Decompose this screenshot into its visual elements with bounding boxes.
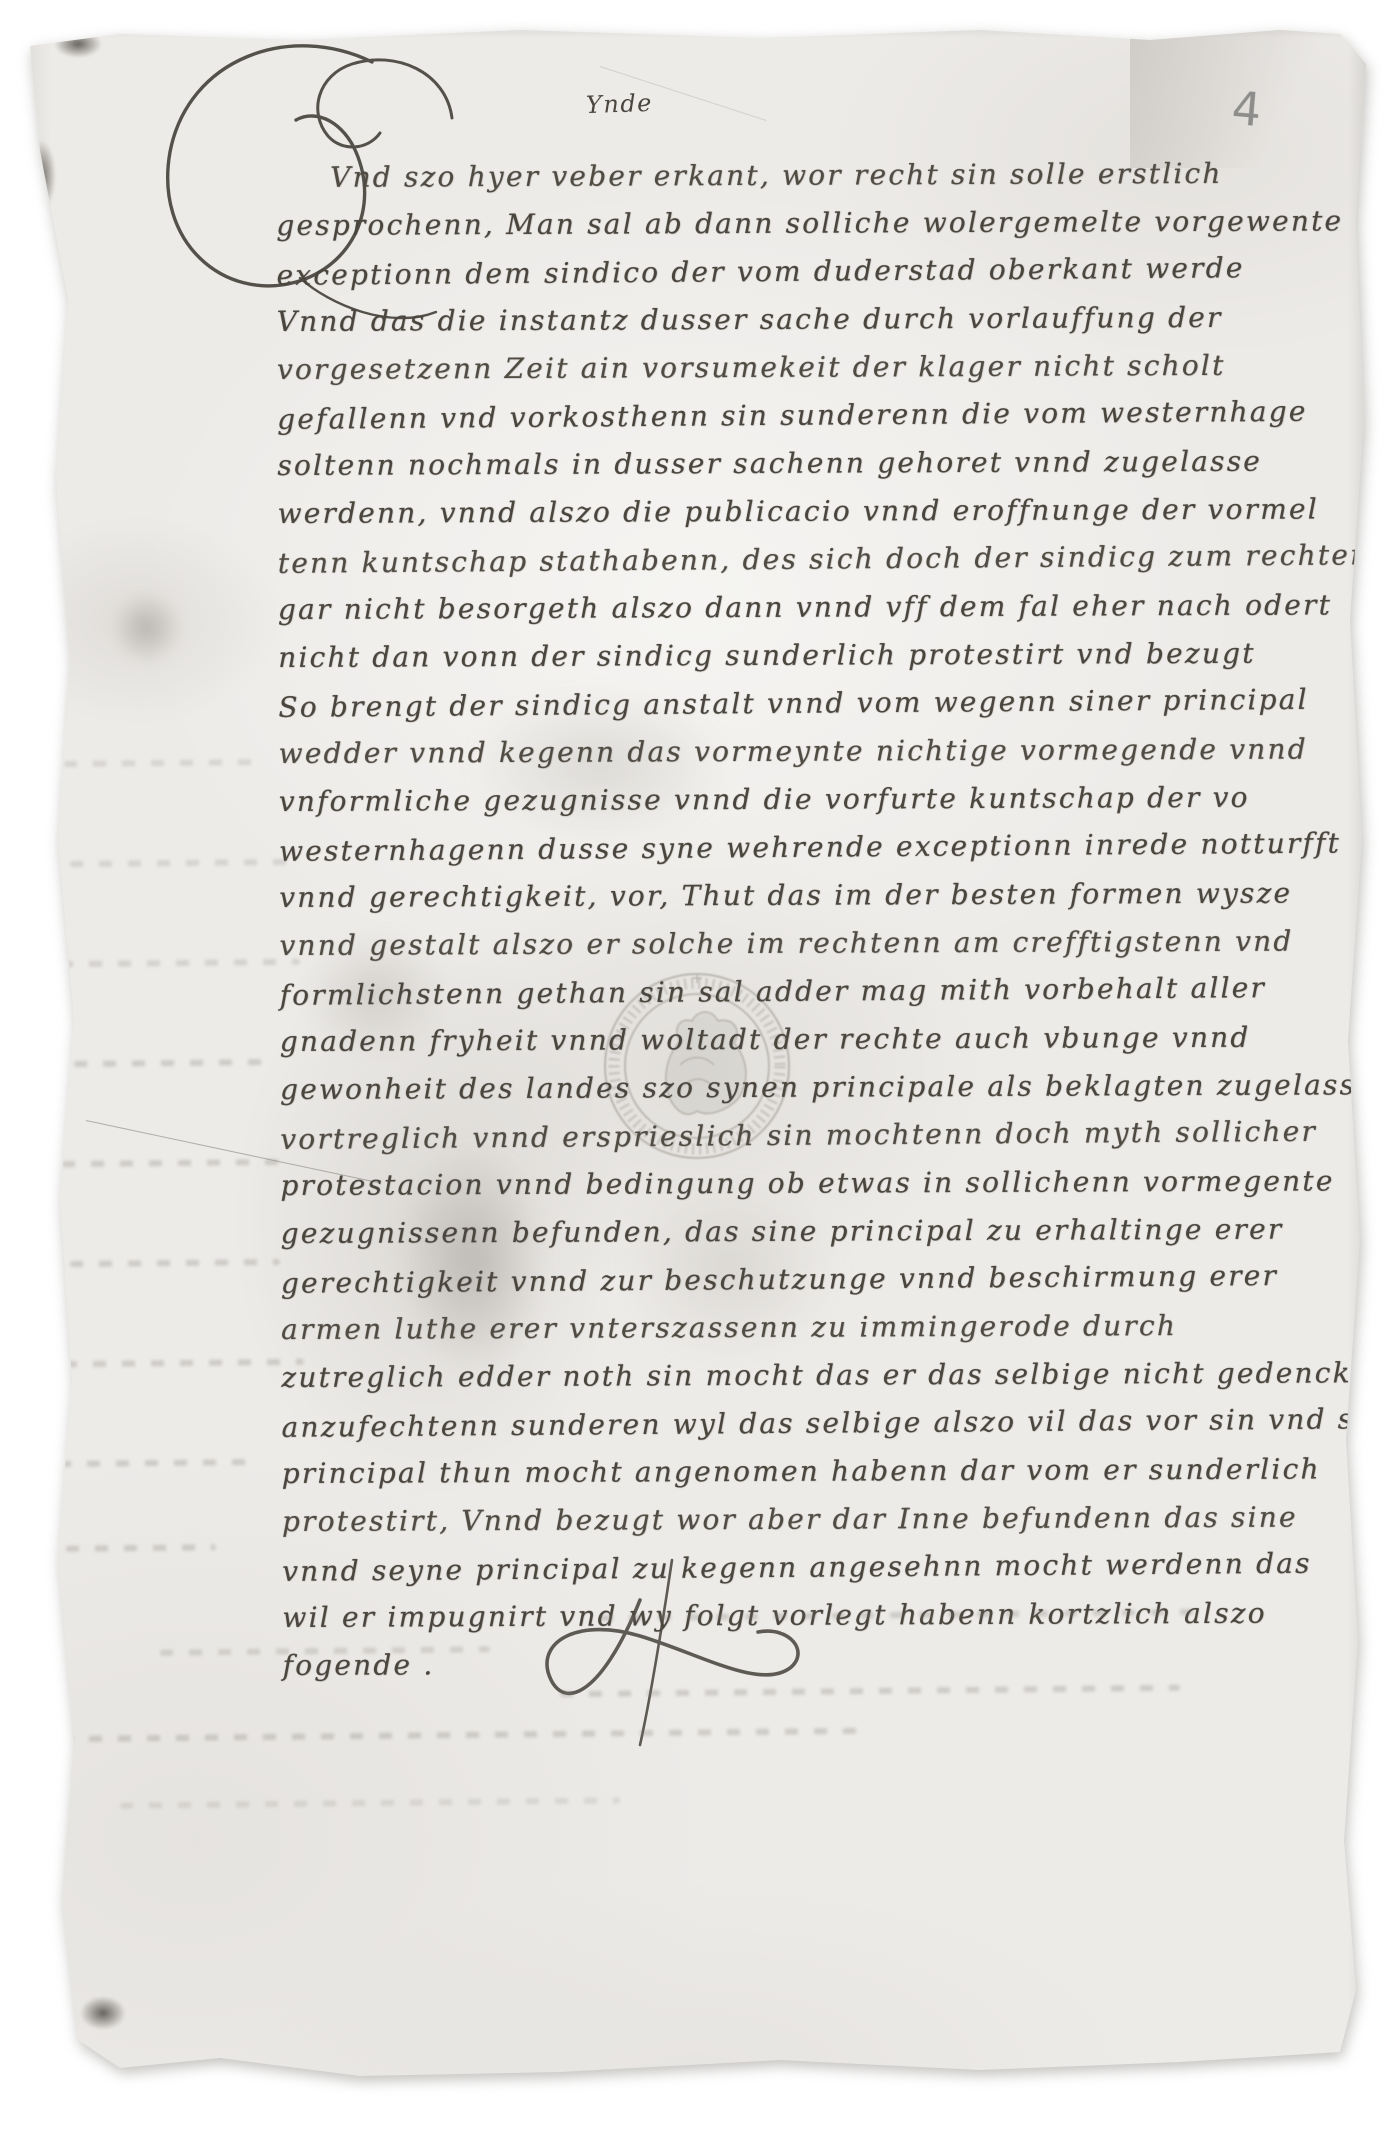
manuscript-line: Vnnd das die instantz dusser sache durch… [277,293,1335,346]
manuscript-line: gefallenn vnd vorkosthenn sin sunderenn … [277,388,1335,444]
bleedthrough-row [58,1459,258,1467]
manuscript-line: vortreglich vnnd ersprieslich sin mochte… [280,1108,1338,1164]
manuscript-line: exceptionn dem sindico der vom duderstad… [276,244,1334,300]
torn-edge-mark [32,1000,52,1052]
manuscript-line: principal thun mocht angenomen habenn da… [282,1445,1340,1498]
manuscript-line: gnadenn fryheit vnnd woltadt der rechte … [280,1013,1338,1066]
page-number: 4 [1230,81,1264,137]
manuscript-line: armen luthe erer vnterszassenn zu imming… [281,1301,1339,1354]
scan-background: 4 Ynde Vnd szo hyer veber erkant, wor re… [0,0,1382,2139]
manuscript-line: gar nicht besorgeth alszo dann vnnd vff … [278,581,1336,634]
torn-edge-mark [36,300,54,346]
manuscript-line: gewonheit des landes szo synen principal… [280,1061,1338,1114]
manuscript-line: zutreglich edder noth sin mocht das er d… [281,1349,1339,1402]
manuscript-line: tenn kuntschap stathabenn, des sich doch… [278,532,1336,588]
bleedthrough-row [60,959,300,968]
manuscript-line: Vnd szo hyer veber erkant, wor recht sin… [276,149,1334,202]
manuscript-line: wedder vnnd kegenn das vormeynte nichtig… [279,725,1337,778]
manuscript-line: soltenn nochmals in dusser sachenn gehor… [277,437,1335,490]
manuscript-line: gesprochenn, Man sal ab dann solliche wo… [276,197,1334,250]
bleedthrough-row [70,1259,280,1267]
bleedthrough-row [74,1059,274,1067]
manuscript-line: vnnd seyne principal zu kegenn angesehnn… [282,1540,1340,1596]
manuscript-line: werdenn, vnnd alszo die publicacio vnnd … [277,485,1335,538]
torn-edge-mark [26,140,56,212]
torn-edge-mark [40,1830,60,1880]
torn-edge-mark [28,1290,52,1352]
manuscript-line: vnnd gestalt alszo er solche im rechtenn… [279,917,1337,970]
manuscript-line: gezugnissenn befunden, das sine principa… [281,1205,1339,1258]
manuscript-line: nicht dan vonn der sindicg sunderlich pr… [278,629,1336,682]
torn-edge-mark [30,430,52,490]
manuscript-line: formlichstenn gethan sin sal adder mag m… [279,964,1337,1020]
bleedthrough-row [66,1544,216,1552]
torn-edge-mark [80,1996,126,2030]
manuscript-line: vorgesetzenn Zeit ain vorsumekeit der kl… [277,341,1335,394]
manuscript-line: fogende . [282,1637,1340,1690]
interlinear-word: Ynde [586,89,654,119]
paper-sheet: 4 Ynde Vnd szo hyer veber erkant, wor re… [0,0,1382,2139]
paper-surface: 4 Ynde Vnd szo hyer veber erkant, wor re… [0,0,1382,2139]
torn-edge-mark [26,1555,52,1631]
manuscript-text-block: Vnd szo hyer veber erkant, wor recht sin… [276,149,1341,1690]
bleedthrough-row [120,1797,620,1808]
bleedthrough-row [64,1359,304,1368]
torn-edge-mark [40,705,58,749]
bleedthrough-row [70,859,290,867]
manuscript-line: gerechtigkeit vnnd zur beschutzunge vnnd… [281,1252,1339,1308]
torn-edge-mark [54,30,102,58]
manuscript-line: anzufechtenn sunderen wyl das selbige al… [281,1396,1339,1452]
manuscript-line: westernhagenn dusse syne wehrende except… [279,820,1337,876]
manuscript-line: So brengt der sindicg anstalt vnnd vom w… [278,676,1336,732]
bleedthrough-row [64,759,264,767]
manuscript-line: vnformliche gezugnisse vnnd die vorfurte… [279,773,1337,826]
stain-blob [112,592,182,664]
manuscript-line: protestacion vnnd bedingung ob etwas in … [280,1157,1338,1210]
manuscript-line: protestirt, Vnnd bezugt wor aber dar Inn… [282,1493,1340,1546]
manuscript-line: vnnd gerechtigkeit, vor, Thut das im der… [279,869,1337,922]
bleedthrough-row [62,1159,292,1167]
